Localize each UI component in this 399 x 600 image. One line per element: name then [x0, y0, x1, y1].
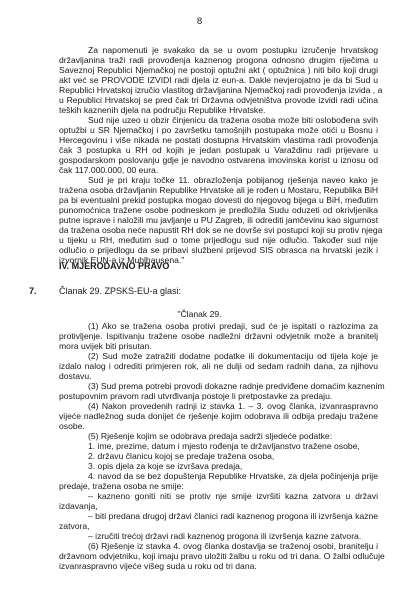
text-line: državnom odvjetniku, koji imaju pravo ul… — [59, 551, 378, 561]
text-line: Republici Hrvatskoj izručio vlastitog dr… — [59, 85, 378, 95]
text-line: Sud nije uzeo u obzir činjenicu da traže… — [88, 115, 378, 125]
text-line: – biti predana drugoj državi članici rad… — [88, 511, 378, 521]
text-line: (1) Ako se tražena osoba protivi predaji… — [88, 321, 378, 331]
section-heading: IV. MJERODAVNO PRAVO — [59, 261, 169, 271]
text-line: akt već se PROVODE IZVIDI radi djela iz … — [59, 75, 378, 85]
text-line: izdalo nalog i odrediti primjeren rok, a… — [59, 361, 378, 371]
text-line: izdavanja, — [59, 501, 378, 511]
text-line: vijeće nadležnog suda donijet će rješenj… — [59, 411, 378, 421]
text-line: Saveznoj Republici Njemačkoj ne postoji … — [59, 65, 378, 75]
text-line: čak 117.000.000, 00 eura. — [59, 165, 378, 175]
text-line: protivljenje. Ispitivanju tražene osobe … — [59, 331, 378, 341]
text-line: zatvora, — [59, 521, 378, 531]
text-line: (2) Sud može zatražiti dodatne podatke i… — [88, 351, 378, 361]
text-line: čak 3 postupka u RH od kojih je jedan po… — [59, 145, 378, 155]
item-text: Članak 29. ZPSKS-EU-a glasi: — [59, 286, 181, 296]
text-line: u tijeku u RH, međutim sud o tome prijed… — [59, 235, 378, 245]
text-line: Za napomenuti je svakako da se u ovom po… — [88, 45, 378, 55]
text-line: osobe. — [59, 421, 378, 431]
text-line: državljanina traži radi provođenja kazne… — [59, 55, 378, 65]
text-line: (6) Rješenje iz stavka 4. ovog članka do… — [88, 541, 378, 551]
text-line: da tražena osoba neće napustit RH dok se… — [59, 225, 378, 235]
text-line: izvanraspravno vijeće višeg suda u roku … — [59, 561, 378, 571]
text-line: (5) Rješenje kojim se odobrava predaja s… — [88, 431, 378, 441]
text-line: tražena osoba državljanin Republike Hrva… — [59, 185, 378, 195]
text-line: odlučio o prijedlogu da se pribavi služb… — [59, 245, 378, 255]
text-line: 1. ime, prezime, datum i mjesto rođenja … — [88, 441, 378, 451]
text-line: – kazneno goniti niti se protiv nje smij… — [88, 491, 378, 501]
text-line: Hercegovinu i više nikada ne postati dos… — [59, 135, 378, 145]
text-line: teških kaznenih djela na području Republ… — [59, 105, 378, 115]
text-line: 4. navod da se bez dopuštenja Republike … — [88, 471, 378, 481]
text-line: pa bi eventualni prekid postupka mogao d… — [59, 195, 378, 205]
text-line: (3) Sud prema potrebi provodi dokazne ra… — [88, 381, 378, 391]
text-line: mora uvijek biti prisutan. — [59, 341, 378, 351]
text-line: optužbi u SR Njemačkoj i po završetku ta… — [59, 125, 378, 135]
text-line: u Republici Hrvatskoj se pred čak tri Dr… — [59, 95, 378, 105]
text-line: – izručiti trećoj državi radi kaznenog p… — [88, 531, 378, 541]
text-line: punomoćnica tražene osobe podneskom je p… — [59, 205, 378, 215]
text-line: postupovnim pravom radi utvrđivanja post… — [59, 391, 378, 401]
text-line: "Članak 29. — [0, 309, 399, 319]
item-number: 7. — [29, 286, 37, 296]
text-line: predaje, tražena osoba ne smije: — [59, 481, 378, 491]
text-line: putne isprave i naložili mu javljanje u … — [59, 215, 378, 225]
page-number: 8 — [0, 16, 399, 27]
text-line: 3. opis djela za koje se izvršava predaj… — [88, 461, 378, 471]
text-line: Sud je pri kraju točke 11. obrazloženja … — [88, 175, 378, 185]
text-line: dostavu. — [59, 371, 378, 381]
text-line: 2. državu članicu kojoj se predaje traže… — [88, 451, 378, 461]
text-line: (4) Nakon provedenih radnji iz stavka 1.… — [88, 401, 378, 411]
text-line: gospodarskom poslovanju gdje je navodno … — [59, 155, 378, 165]
